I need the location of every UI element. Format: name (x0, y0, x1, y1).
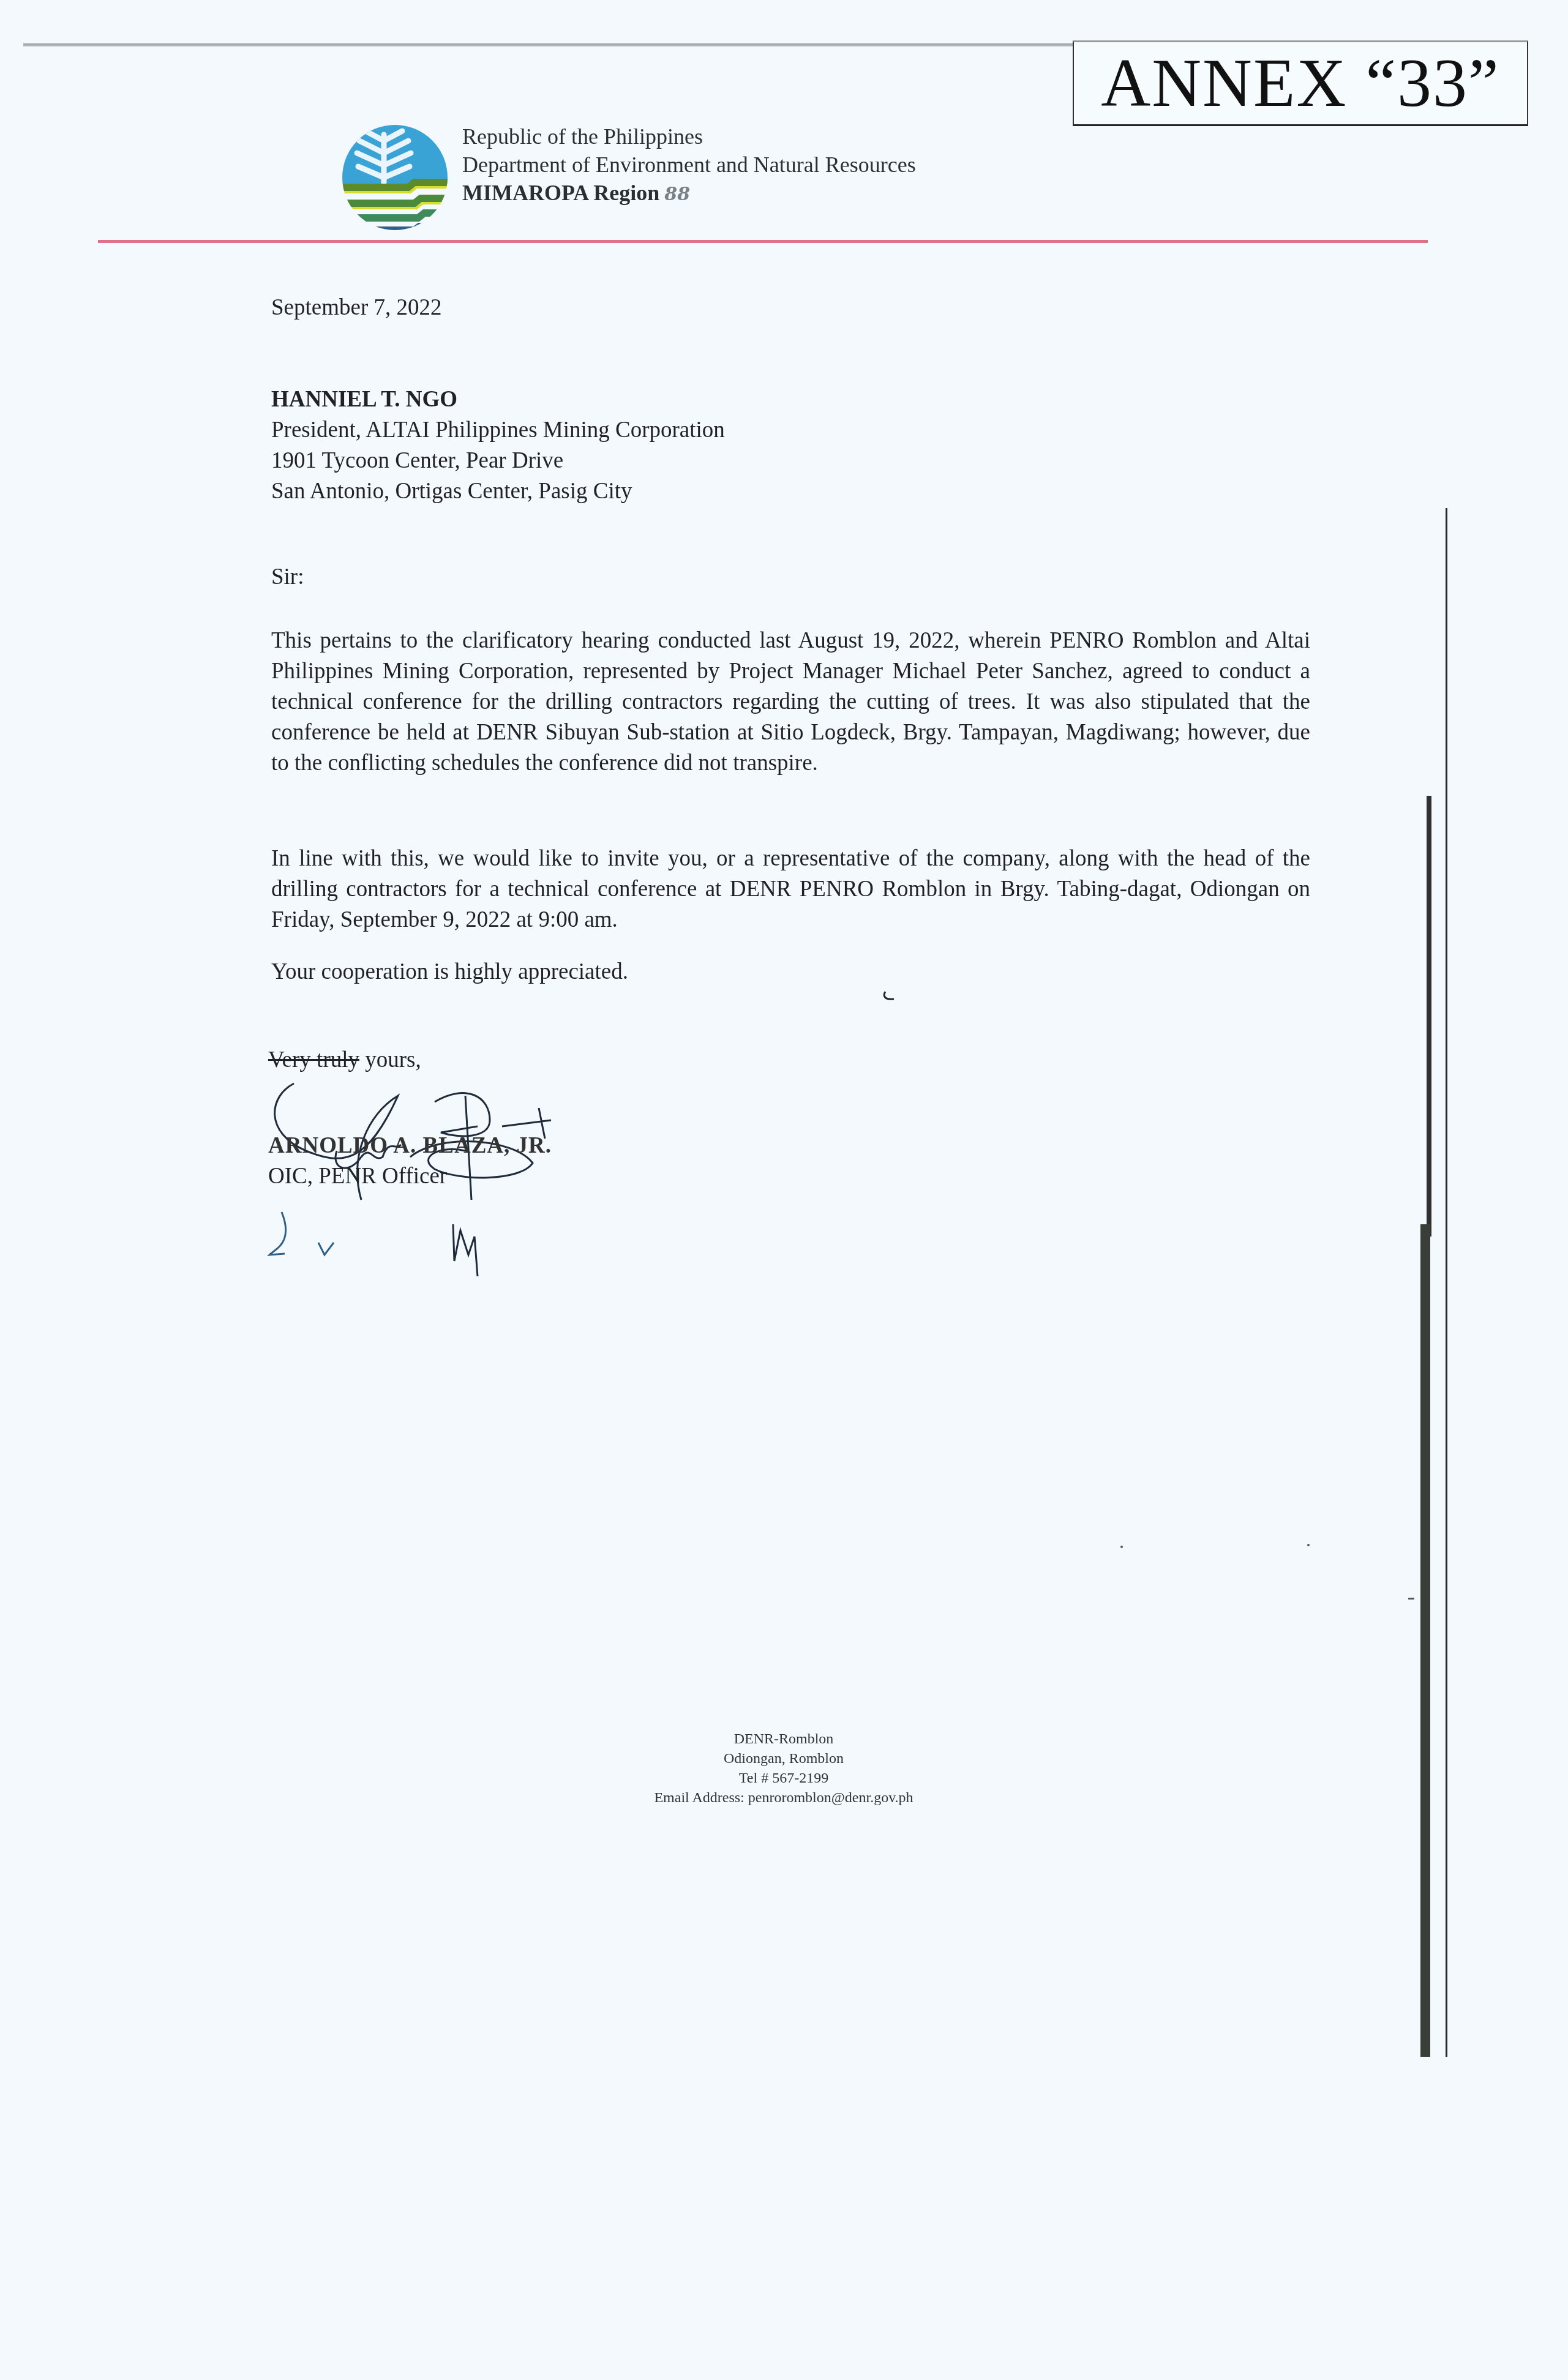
salutation: Sir: (271, 562, 1312, 593)
letterhead-department: Department of Environment and Natural Re… (462, 151, 916, 179)
addressee-block: HANNIEL T. NGO President, ALTAI Philippi… (271, 384, 1312, 507)
signer-name: ARNOLDO A. BLAZA, JR. (268, 1132, 552, 1159)
footer-tel: Tel # 567-2199 (582, 1768, 986, 1788)
scan-edge-vertical-line (1427, 796, 1431, 1237)
scan-edge-line (23, 43, 1078, 47)
closing-line: Your cooperation is highly appreciated. (271, 957, 1312, 987)
addressee-name: HANNIEL T. NGO (271, 384, 1312, 415)
letterhead-country: Republic of the Philippines (462, 122, 916, 151)
scan-speck (1120, 1546, 1123, 1548)
annex-label: ANNEX “33” (1101, 49, 1499, 118)
footer-email: Email Address: penroromblon@denr.gov.ph (582, 1788, 986, 1808)
footer-office: DENR-Romblon (582, 1729, 986, 1749)
addressee-line: San Antonio, Ortigas Center, Pasig City (271, 476, 1312, 507)
scan-edge-vertical-line (1446, 508, 1447, 2057)
addressee-line: 1901 Tycoon Center, Pear Drive (271, 446, 1312, 476)
letterhead-region-text: MIMAROPA Region (462, 181, 659, 205)
pen-mark-icon (882, 990, 896, 1003)
body-paragraph: In line with this, we would like to invi… (271, 844, 1310, 935)
letter-footer: DENR-Romblon Odiongan, Romblon Tel # 567… (582, 1729, 986, 1808)
letterhead-rule (98, 240, 1428, 243)
addressee-line: President, ALTAI Philippines Mining Corp… (271, 415, 1312, 446)
denr-logo-icon (340, 122, 450, 233)
scan-speck (1307, 1544, 1310, 1546)
signer-title: OIC, PENR Officer (268, 1163, 447, 1189)
body-paragraph: This pertains to the clarificatory heari… (271, 626, 1310, 779)
letterhead-text: Republic of the Philippines Department o… (462, 122, 916, 209)
scan-edge-vertical-bar (1420, 1224, 1430, 2057)
footer-location: Odiongan, Romblon (582, 1749, 986, 1768)
signature-block: Very truly yours, ARNOLDO A. BLAZA, JR. … (257, 1041, 686, 1298)
handwritten-annotation: 88 (664, 184, 690, 205)
annex-label-box: ANNEX “33” (1073, 40, 1528, 126)
scan-speck (1408, 1598, 1414, 1600)
letterhead-region: MIMAROPA Region88 (462, 179, 916, 209)
letter-date: September 7, 2022 (271, 293, 1312, 323)
